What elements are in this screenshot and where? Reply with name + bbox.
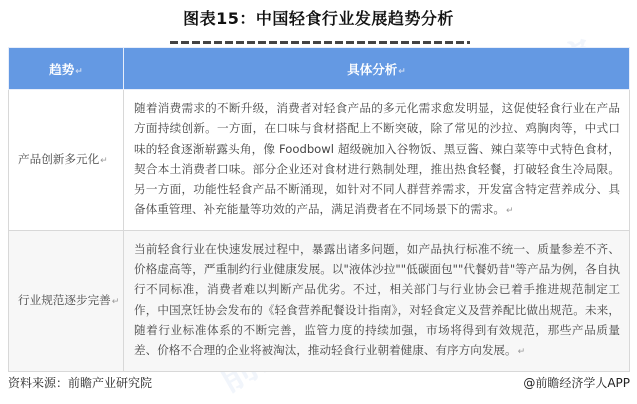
trend-analysis-table: 趋势↵ 具体分析↵ 产品创新多元化↵ 随着消费需求的不断升级，消费者对轻食产品的…: [8, 47, 630, 372]
paragraph-mark-icon: ↵: [506, 206, 514, 216]
figure-title: 图表15：中国轻食行业发展趋势分析: [0, 6, 637, 29]
paragraph-mark-icon: ↵: [100, 156, 108, 166]
paragraph-mark-icon: ↵: [112, 297, 120, 307]
paragraph-mark-icon: ↵: [518, 347, 526, 357]
analysis-text: 随着消费需求的不断升级，消费者对轻食产品的多元化需求愈发明显，这促使轻食行业在产…: [134, 101, 620, 216]
analysis-text: 当前轻食行业在快速发展过程中，暴露出诸多问题，如产品执行标准不统一、质量参差不齐…: [134, 242, 620, 357]
source-note: 资料来源：前瞻产业研究院: [8, 374, 152, 391]
trend-cell: 产品创新多元化↵: [9, 90, 124, 231]
footer: 资料来源：前瞻产业研究院 @前瞻经济学人APP: [8, 374, 630, 392]
header-analysis: 具体分析↵: [124, 48, 630, 90]
credit-note: @前瞻经济学人APP: [523, 374, 630, 391]
trend-label: 产品创新多元化: [18, 152, 99, 166]
trend-cell: 行业规范逐步完善↵: [9, 230, 124, 371]
paragraph-mark-icon: ↵: [398, 67, 406, 77]
header-trend-label: 趋势: [49, 62, 74, 77]
analysis-cell: 当前轻食行业在快速发展过程中，暴露出诸多问题，如产品执行标准不统一、质量参差不齐…: [124, 230, 630, 371]
table-row: 产品创新多元化↵ 随着消费需求的不断升级，消费者对轻食产品的多元化需求愈发明显，…: [9, 90, 630, 231]
cropped-subtitle-artifact: [170, 41, 470, 44]
table-row: 行业规范逐步完善↵ 当前轻食行业在快速发展过程中，暴露出诸多问题，如产品执行标准…: [9, 230, 630, 371]
header-analysis-label: 具体分析: [347, 62, 397, 77]
table-header-row: 趋势↵ 具体分析↵: [9, 48, 630, 90]
header-trend: 趋势↵: [9, 48, 124, 90]
trend-label: 行业规范逐步完善: [18, 293, 111, 307]
analysis-cell: 随着消费需求的不断升级，消费者对轻食产品的多元化需求愈发明显，这促使轻食行业在产…: [124, 90, 630, 231]
paragraph-mark-icon: ↵: [75, 67, 83, 77]
